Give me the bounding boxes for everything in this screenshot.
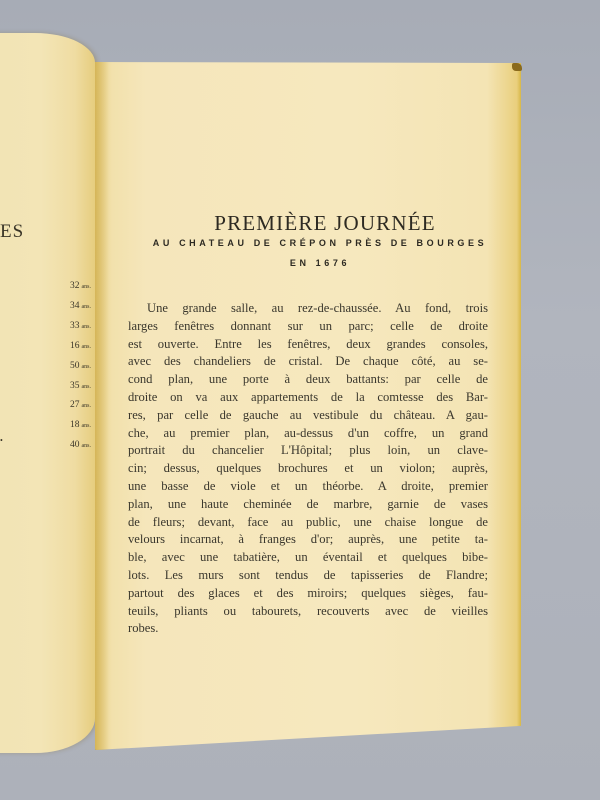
text-line: robes. <box>128 620 488 638</box>
left-page-mark: • <box>0 436 3 445</box>
text-line: Une grande salle, au rez-de-chaussée. Au… <box>128 300 488 318</box>
book-photo: ES 32ans. 34ans. 33ans. 16ans. 50ans. 35… <box>0 0 600 800</box>
age-entry: 40ans. <box>70 436 91 456</box>
age-entry: 35ans. <box>70 377 91 397</box>
stage-direction-paragraph: Une grande salle, au rez-de-chaussée. Au… <box>128 300 488 638</box>
age-entry: 50ans. <box>70 357 91 377</box>
scene-location: AU CHATEAU DE CRÉPON PRÈS DE BOURGES <box>120 238 520 248</box>
text-line: une basse de viole et un théorbe. A droi… <box>128 478 488 496</box>
text-line: partout des glaces et des miroirs; quelq… <box>128 585 488 603</box>
text-line: est ouverte. Entre les fenêtres, deux gr… <box>128 336 488 354</box>
age-entry: 33ans. <box>70 317 91 337</box>
text-line: cin; dessus, quelques brochures et un vi… <box>128 460 488 478</box>
worn-corner <box>512 63 522 71</box>
gutter-shadow <box>95 62 109 750</box>
text-line: droite on va aux appartements de la comt… <box>128 389 488 407</box>
left-page-age-list: 32ans. 34ans. 33ans. 16ans. 50ans. 35ans… <box>70 277 91 456</box>
text-line: portrait du chancelier L'Hôpital; plus l… <box>128 442 488 460</box>
text-line: avec des chandeliers de cristal. De chaq… <box>128 353 488 371</box>
chapter-title: PREMIÈRE JOURNÉE <box>150 211 500 236</box>
age-entry: 34ans. <box>70 297 91 317</box>
text-line: ble, avec une tabatière, un éventail et … <box>128 549 488 567</box>
left-page-heading-fragment: ES <box>0 221 24 243</box>
text-line: plan, une haute cheminée de marbre, garn… <box>128 496 488 514</box>
text-line: cond plan, une porte à deux battants: pa… <box>128 371 488 389</box>
age-entry: 16ans. <box>70 337 91 357</box>
age-entry: 18ans. <box>70 416 91 436</box>
age-entry: 32ans. <box>70 277 91 297</box>
scene-year: EN 1676 <box>120 258 520 268</box>
text-line: teuils, pliants ou tabourets, recouverts… <box>128 603 488 621</box>
text-line: res, par celle de gauche au vestibule du… <box>128 407 488 425</box>
age-entry: 27ans. <box>70 396 91 416</box>
text-line: larges fenêtres donnant sur un parc; cel… <box>128 318 488 336</box>
text-line: velours incarnat, à franges d'or; auprès… <box>128 531 488 549</box>
text-line: lots. Les murs sont tendus de tapisserie… <box>128 567 488 585</box>
text-line: che, au premier plan, au-dessus d'un cof… <box>128 425 488 443</box>
text-line: de fleurs; devant, face au public, une c… <box>128 514 488 532</box>
